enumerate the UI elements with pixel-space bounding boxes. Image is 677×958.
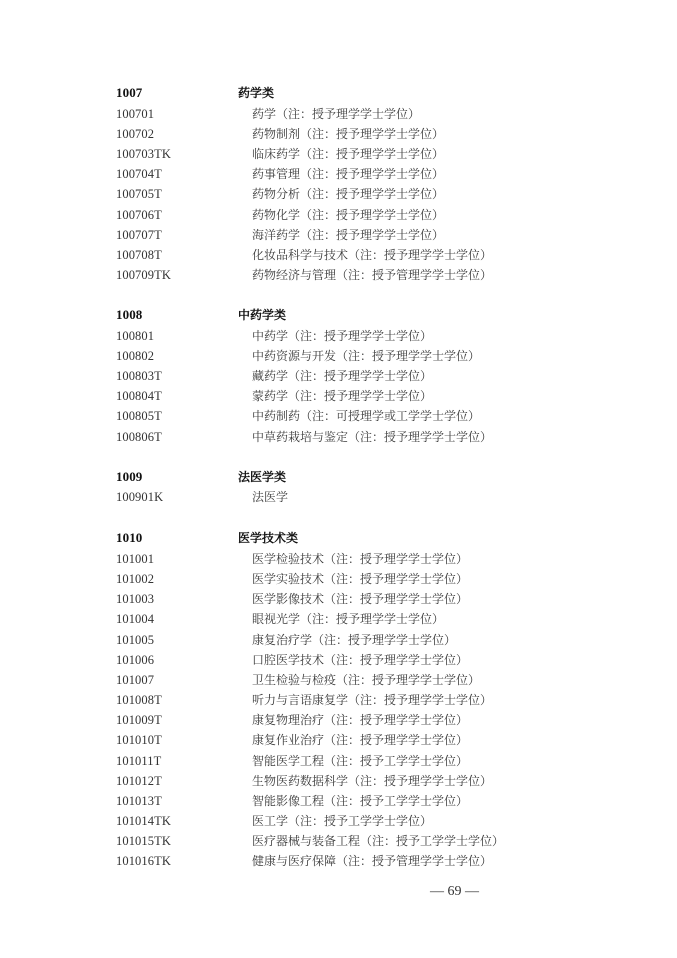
major-code: 100703TK <box>116 144 171 164</box>
list-item: 101001医学检验技术（注：授予理学学士学位） <box>0 549 677 569</box>
section-title: 医学技术类 <box>238 528 298 548</box>
list-item: 101004眼视光学（注：授予理学学士学位） <box>0 609 677 629</box>
major-name: 眼视光学（注：授予理学学士学位） <box>252 609 444 629</box>
major-name: 健康与医疗保障（注：授予管理学学士学位） <box>252 851 492 871</box>
major-code: 101003 <box>116 589 154 609</box>
major-code: 100806T <box>116 427 162 447</box>
list-item: 100802中药资源与开发（注：授予理学学士学位） <box>0 346 677 366</box>
list-item: 101003医学影像技术（注：授予理学学士学位） <box>0 589 677 609</box>
major-name: 药物经济与管理（注：授予管理学学士学位） <box>252 265 492 285</box>
major-name: 医学实验技术（注：授予理学学士学位） <box>252 569 468 589</box>
major-name: 藏药学（注：授予理学学士学位） <box>252 366 432 386</box>
list-item: 100901K法医学 <box>0 487 677 507</box>
list-item: 100701药学（注：授予理学学士学位） <box>0 104 677 124</box>
section-header-1008: 1008 中药学类 <box>0 305 677 325</box>
major-code: 100706T <box>116 205 162 225</box>
major-name: 生物医药数据科学（注：授予理学学士学位） <box>252 771 492 791</box>
major-code: 101011T <box>116 751 161 771</box>
major-code: 100704T <box>116 164 162 184</box>
major-name: 听力与言语康复学（注：授予理学学士学位） <box>252 690 492 710</box>
major-name: 康复治疗学（注：授予理学学士学位） <box>252 630 456 650</box>
major-name: 医学影像技术（注：授予理学学士学位） <box>252 589 468 609</box>
major-code: 100705T <box>116 184 162 204</box>
major-code: 101002 <box>116 569 154 589</box>
list-item: 101007卫生检验与检疫（注：授予理学学士学位） <box>0 670 677 690</box>
section-code: 1007 <box>116 83 142 103</box>
major-code: 101006 <box>116 650 154 670</box>
major-code: 100804T <box>116 386 162 406</box>
major-code: 100701 <box>116 104 154 124</box>
major-name: 药学（注：授予理学学士学位） <box>252 104 420 124</box>
section-header-1007: 1007 药学类 <box>0 83 677 103</box>
major-code: 101007 <box>116 670 154 690</box>
major-name: 医疗器械与装备工程（注：授予工学学士学位） <box>252 831 504 851</box>
section-header-1009: 1009 法医学类 <box>0 467 677 487</box>
major-name: 智能影像工程（注：授予工学学士学位） <box>252 791 468 811</box>
major-name: 医工学（注：授予工学学士学位） <box>252 811 432 831</box>
major-code: 101013T <box>116 791 162 811</box>
list-item: 101008T听力与言语康复学（注：授予理学学士学位） <box>0 690 677 710</box>
major-name: 智能医学工程（注：授予工学学士学位） <box>252 751 468 771</box>
section-title: 中药学类 <box>238 305 286 325</box>
list-item: 100704T药事管理（注：授予理学学士学位） <box>0 164 677 184</box>
list-item: 100801中药学（注：授予理学学士学位） <box>0 326 677 346</box>
major-code: 101014TK <box>116 811 171 831</box>
major-code: 101008T <box>116 690 162 710</box>
list-item: 101010T康复作业治疗（注：授予理学学士学位） <box>0 730 677 750</box>
page-number: — 69 — <box>0 884 677 900</box>
list-item: 100804T蒙药学（注：授予理学学士学位） <box>0 386 677 406</box>
major-code: 100708T <box>116 245 162 265</box>
major-name: 药物制剂（注：授予理学学士学位） <box>252 124 444 144</box>
major-code: 100707T <box>116 225 162 245</box>
list-item: 101014TK医工学（注：授予工学学士学位） <box>0 811 677 831</box>
list-item: 100703TK临床药学（注：授予理学学士学位） <box>0 144 677 164</box>
major-name: 卫生检验与检疫（注：授予理学学士学位） <box>252 670 480 690</box>
major-name: 蒙药学（注：授予理学学士学位） <box>252 386 432 406</box>
list-item: 100709TK药物经济与管理（注：授予管理学学士学位） <box>0 265 677 285</box>
major-name: 法医学 <box>252 487 288 507</box>
list-item: 101005康复治疗学（注：授予理学学士学位） <box>0 630 677 650</box>
list-item: 100805T中药制药（注：可授理学或工学学士学位） <box>0 406 677 426</box>
major-name: 中药学（注：授予理学学士学位） <box>252 326 432 346</box>
section-code: 1009 <box>116 467 142 487</box>
list-item: 100705T药物分析（注：授予理学学士学位） <box>0 184 677 204</box>
major-code: 100702 <box>116 124 154 144</box>
major-code: 100901K <box>116 487 163 507</box>
section-code: 1010 <box>116 528 142 548</box>
list-item: 101006口腔医学技术（注：授予理学学士学位） <box>0 650 677 670</box>
major-code: 101005 <box>116 630 154 650</box>
major-name: 海洋药学（注：授予理学学士学位） <box>252 225 444 245</box>
major-name: 康复物理治疗（注：授予理学学士学位） <box>252 710 468 730</box>
major-code: 101012T <box>116 771 162 791</box>
major-code: 100803T <box>116 366 162 386</box>
major-name: 药事管理（注：授予理学学士学位） <box>252 164 444 184</box>
section-header-1010: 1010 医学技术类 <box>0 528 677 548</box>
section-code: 1008 <box>116 305 142 325</box>
section-title: 法医学类 <box>238 467 286 487</box>
list-item: 101002医学实验技术（注：授予理学学士学位） <box>0 569 677 589</box>
list-item: 101013T智能影像工程（注：授予工学学士学位） <box>0 791 677 811</box>
major-name: 药物化学（注：授予理学学士学位） <box>252 205 444 225</box>
list-item: 100803T藏药学（注：授予理学学士学位） <box>0 366 677 386</box>
list-item: 101012T生物医药数据科学（注：授予理学学士学位） <box>0 771 677 791</box>
document-page: 1007 药学类 100701药学（注：授予理学学士学位） 100702药物制剂… <box>0 0 677 958</box>
major-name: 中药资源与开发（注：授予理学学士学位） <box>252 346 480 366</box>
major-name: 临床药学（注：授予理学学士学位） <box>252 144 444 164</box>
list-item: 100708T化妆品科学与技术（注：授予理学学士学位） <box>0 245 677 265</box>
list-item: 100702药物制剂（注：授予理学学士学位） <box>0 124 677 144</box>
major-name: 口腔医学技术（注：授予理学学士学位） <box>252 650 468 670</box>
major-name: 药物分析（注：授予理学学士学位） <box>252 184 444 204</box>
list-item: 100706T药物化学（注：授予理学学士学位） <box>0 205 677 225</box>
list-item: 100806T中草药栽培与鉴定（注：授予理学学士学位） <box>0 427 677 447</box>
list-item: 101009T康复物理治疗（注：授予理学学士学位） <box>0 710 677 730</box>
section-title: 药学类 <box>238 83 274 103</box>
major-name: 中药制药（注：可授理学或工学学士学位） <box>252 406 480 426</box>
major-code: 100709TK <box>116 265 171 285</box>
major-code: 101010T <box>116 730 162 750</box>
major-code: 101016TK <box>116 851 171 871</box>
list-item: 100707T海洋药学（注：授予理学学士学位） <box>0 225 677 245</box>
major-code: 101001 <box>116 549 154 569</box>
major-code: 100805T <box>116 406 162 426</box>
major-name: 中草药栽培与鉴定（注：授予理学学士学位） <box>252 427 492 447</box>
major-code: 101004 <box>116 609 154 629</box>
major-code: 100802 <box>116 346 154 366</box>
list-item: 101015TK医疗器械与装备工程（注：授予工学学士学位） <box>0 831 677 851</box>
major-name: 化妆品科学与技术（注：授予理学学士学位） <box>252 245 492 265</box>
major-code: 101015TK <box>116 831 171 851</box>
list-item: 101011T智能医学工程（注：授予工学学士学位） <box>0 751 677 771</box>
major-code: 100801 <box>116 326 154 346</box>
major-name: 医学检验技术（注：授予理学学士学位） <box>252 549 468 569</box>
major-code: 101009T <box>116 710 162 730</box>
list-item: 101016TK健康与医疗保障（注：授予管理学学士学位） <box>0 851 677 871</box>
major-name: 康复作业治疗（注：授予理学学士学位） <box>252 730 468 750</box>
